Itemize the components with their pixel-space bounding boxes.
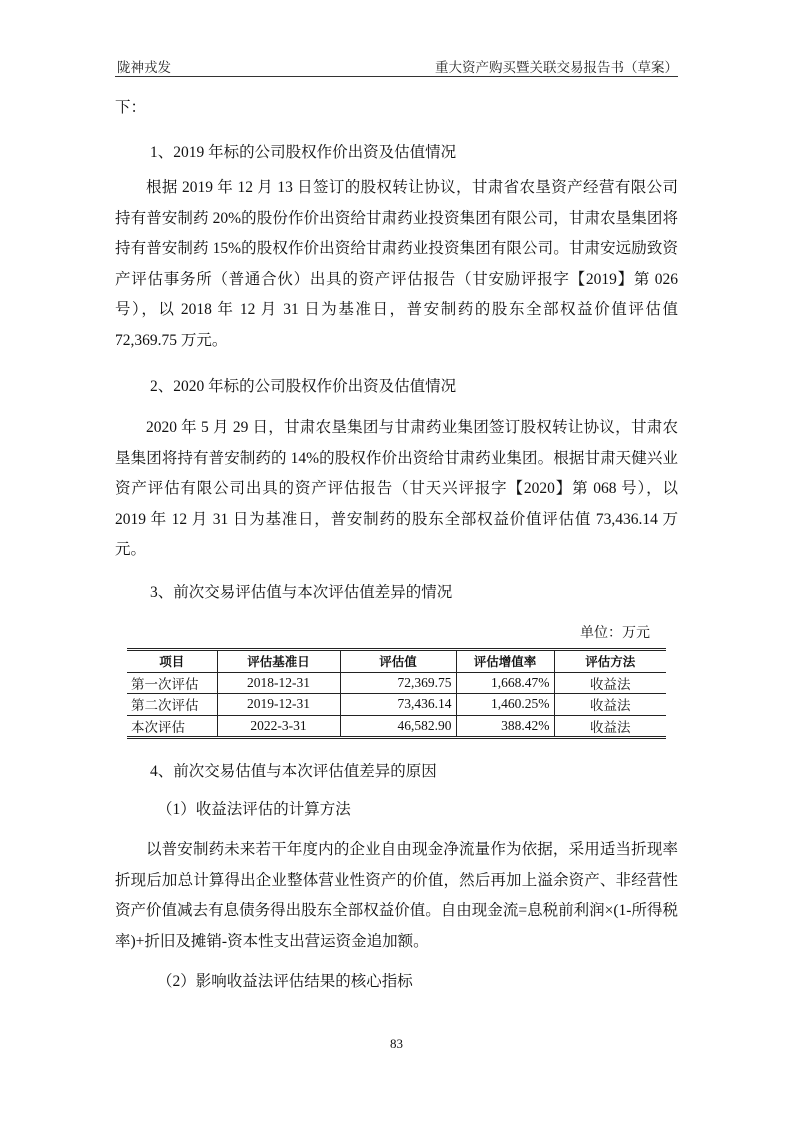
cell-method: 收益法 bbox=[554, 715, 666, 738]
cell-rate: 388.42% bbox=[456, 715, 554, 738]
page-header: 陇神戎发 重大资产购买暨关联交易报告书（草案） bbox=[115, 54, 678, 77]
cell-method: 收益法 bbox=[554, 672, 666, 694]
section-4-2-title: （2）影响收益法评估结果的核心指标 bbox=[157, 972, 720, 992]
cell-value: 73,436.14 bbox=[340, 694, 456, 716]
cell-item: 第一次评估 bbox=[127, 672, 217, 694]
page-number: 83 bbox=[0, 1036, 793, 1052]
header-document-title: 重大资产购买暨关联交易报告书（草案） bbox=[435, 56, 678, 76]
column-header: 评估值 bbox=[340, 650, 456, 673]
section-1-paragraph: 根据 2019 年 12 月 13 日签订的股权转让协议，甘肃省农垦资产经营有限… bbox=[115, 173, 678, 356]
header-company: 陇神戎发 bbox=[117, 56, 171, 76]
table-header-row: 项目 评估基准日 评估值 评估增值率 评估方法 bbox=[127, 650, 666, 673]
column-header: 项目 bbox=[127, 650, 217, 673]
continuation-text: 下： bbox=[115, 98, 678, 118]
table-row: 第一次评估 2018-12-31 72,369.75 1,668.47% 收益法 bbox=[127, 672, 666, 694]
cell-item: 本次评估 bbox=[127, 715, 217, 738]
section-2-title: 2、2020 年标的公司股权作价出资及估值情况 bbox=[150, 377, 713, 397]
column-header: 评估基准日 bbox=[217, 650, 340, 673]
cell-value: 72,369.75 bbox=[340, 672, 456, 694]
section-4-title: 4、前次交易估值与本次评估值差异的原因 bbox=[150, 762, 713, 782]
cell-value: 46,582.90 bbox=[340, 715, 456, 738]
cell-base-date: 2018-12-31 bbox=[217, 672, 340, 694]
section-4-1-title: （1）收益法评估的计算方法 bbox=[157, 800, 720, 820]
table-row: 本次评估 2022-3-31 46,582.90 388.42% 收益法 bbox=[127, 715, 666, 738]
cell-base-date: 2019-12-31 bbox=[217, 694, 340, 716]
table-row: 第二次评估 2019-12-31 73,436.14 1,460.25% 收益法 bbox=[127, 694, 666, 716]
section-3-title: 3、前次交易评估值与本次评估值差异的情况 bbox=[150, 583, 713, 603]
valuation-comparison-table: 项目 评估基准日 评估值 评估增值率 评估方法 第一次评估 2018-12-31… bbox=[127, 648, 666, 739]
section-1-title: 1、2019 年标的公司股权作价出资及估值情况 bbox=[150, 143, 713, 163]
table-unit-label: 单位：万元 bbox=[580, 622, 650, 642]
cell-item: 第二次评估 bbox=[127, 694, 217, 716]
column-header: 评估增值率 bbox=[456, 650, 554, 673]
cell-rate: 1,668.47% bbox=[456, 672, 554, 694]
column-header: 评估方法 bbox=[554, 650, 666, 673]
cell-rate: 1,460.25% bbox=[456, 694, 554, 716]
section-2-paragraph: 2020 年 5 月 29 日，甘肃农垦集团与甘肃药业集团签订股权转让协议，甘肃… bbox=[115, 413, 678, 566]
cell-base-date: 2022-3-31 bbox=[217, 715, 340, 738]
cell-method: 收益法 bbox=[554, 694, 666, 716]
section-4-1-paragraph: 以普安制药未来若干年度内的企业自由现金净流量作为依据，采用适当折现率折现后加总计… bbox=[115, 835, 678, 957]
